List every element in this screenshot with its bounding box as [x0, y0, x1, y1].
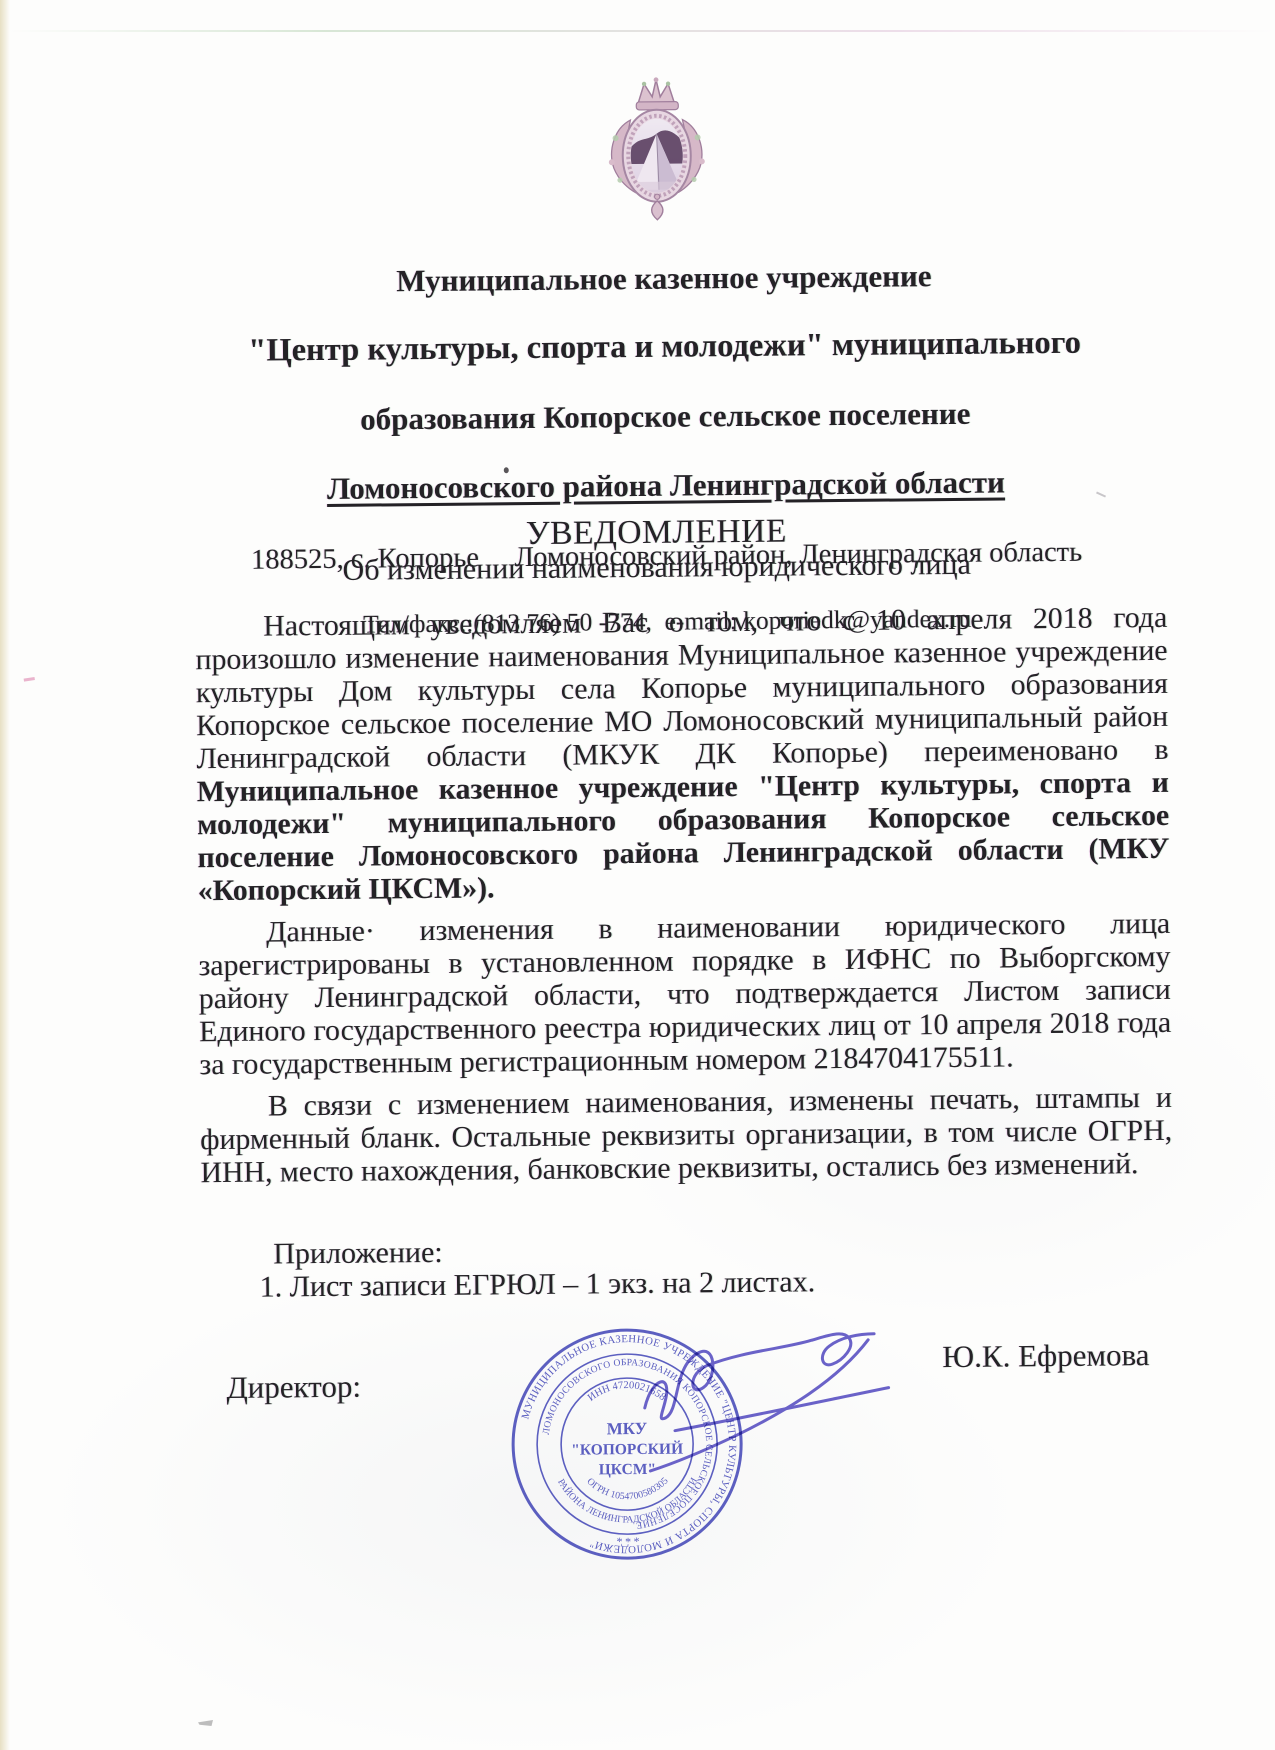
finial-ornament — [652, 201, 663, 220]
director-signature — [616, 1310, 898, 1488]
paragraph-2: Данные· изменения в наименовании юридиче… — [198, 907, 1172, 1081]
signature-stroke-main — [644, 1334, 875, 1419]
org-name-line3: образования Копорское сельское поселение — [165, 395, 1165, 438]
crown-icon — [636, 77, 678, 110]
attachment-section: Приложение: 1. Лист записи ЕГРЮЛ – 1 экз… — [201, 1230, 1102, 1305]
director-name: Ю.К. Ефремова — [942, 1337, 1150, 1375]
scan-pink-artifact — [24, 677, 35, 682]
paragraph-1-regular: Настоящим уведомляем Вас о том, что с 10… — [195, 601, 1168, 775]
stamp-ring-outer-stars: * * * — [616, 1534, 641, 1549]
signature-stroke-underline — [675, 1388, 889, 1431]
scanned-letter-page: Муниципальное казенное учреждение "Центр… — [0, 0, 1275, 1750]
paragraph-1: Настоящим уведомляем Вас о том, что с 10… — [195, 601, 1170, 907]
letter-body: Настоящим уведомляем Вас о том, что с 10… — [195, 601, 1173, 1189]
org-name-line2: "Центр культуры, спорта и молодежи" муни… — [164, 326, 1164, 369]
org-name-line4: Ломоносовского района Ленинградской обла… — [166, 464, 1166, 508]
signature-stroke-tail — [649, 1340, 869, 1471]
org-name-line1: Муниципальное казенное учреждение — [164, 257, 1164, 300]
director-label: Директор: — [226, 1369, 361, 1406]
document-content: Муниципальное казенное учреждение "Центр… — [0, 0, 1275, 1750]
scan-dot-artifact — [504, 467, 509, 473]
paragraph-3: В связи с изменением наименования, измен… — [200, 1081, 1173, 1189]
coat-of-arms-emblem — [600, 75, 713, 222]
paragraph-1-bold-name: Муниципальное казенное учреждение "Центр… — [197, 766, 1170, 907]
